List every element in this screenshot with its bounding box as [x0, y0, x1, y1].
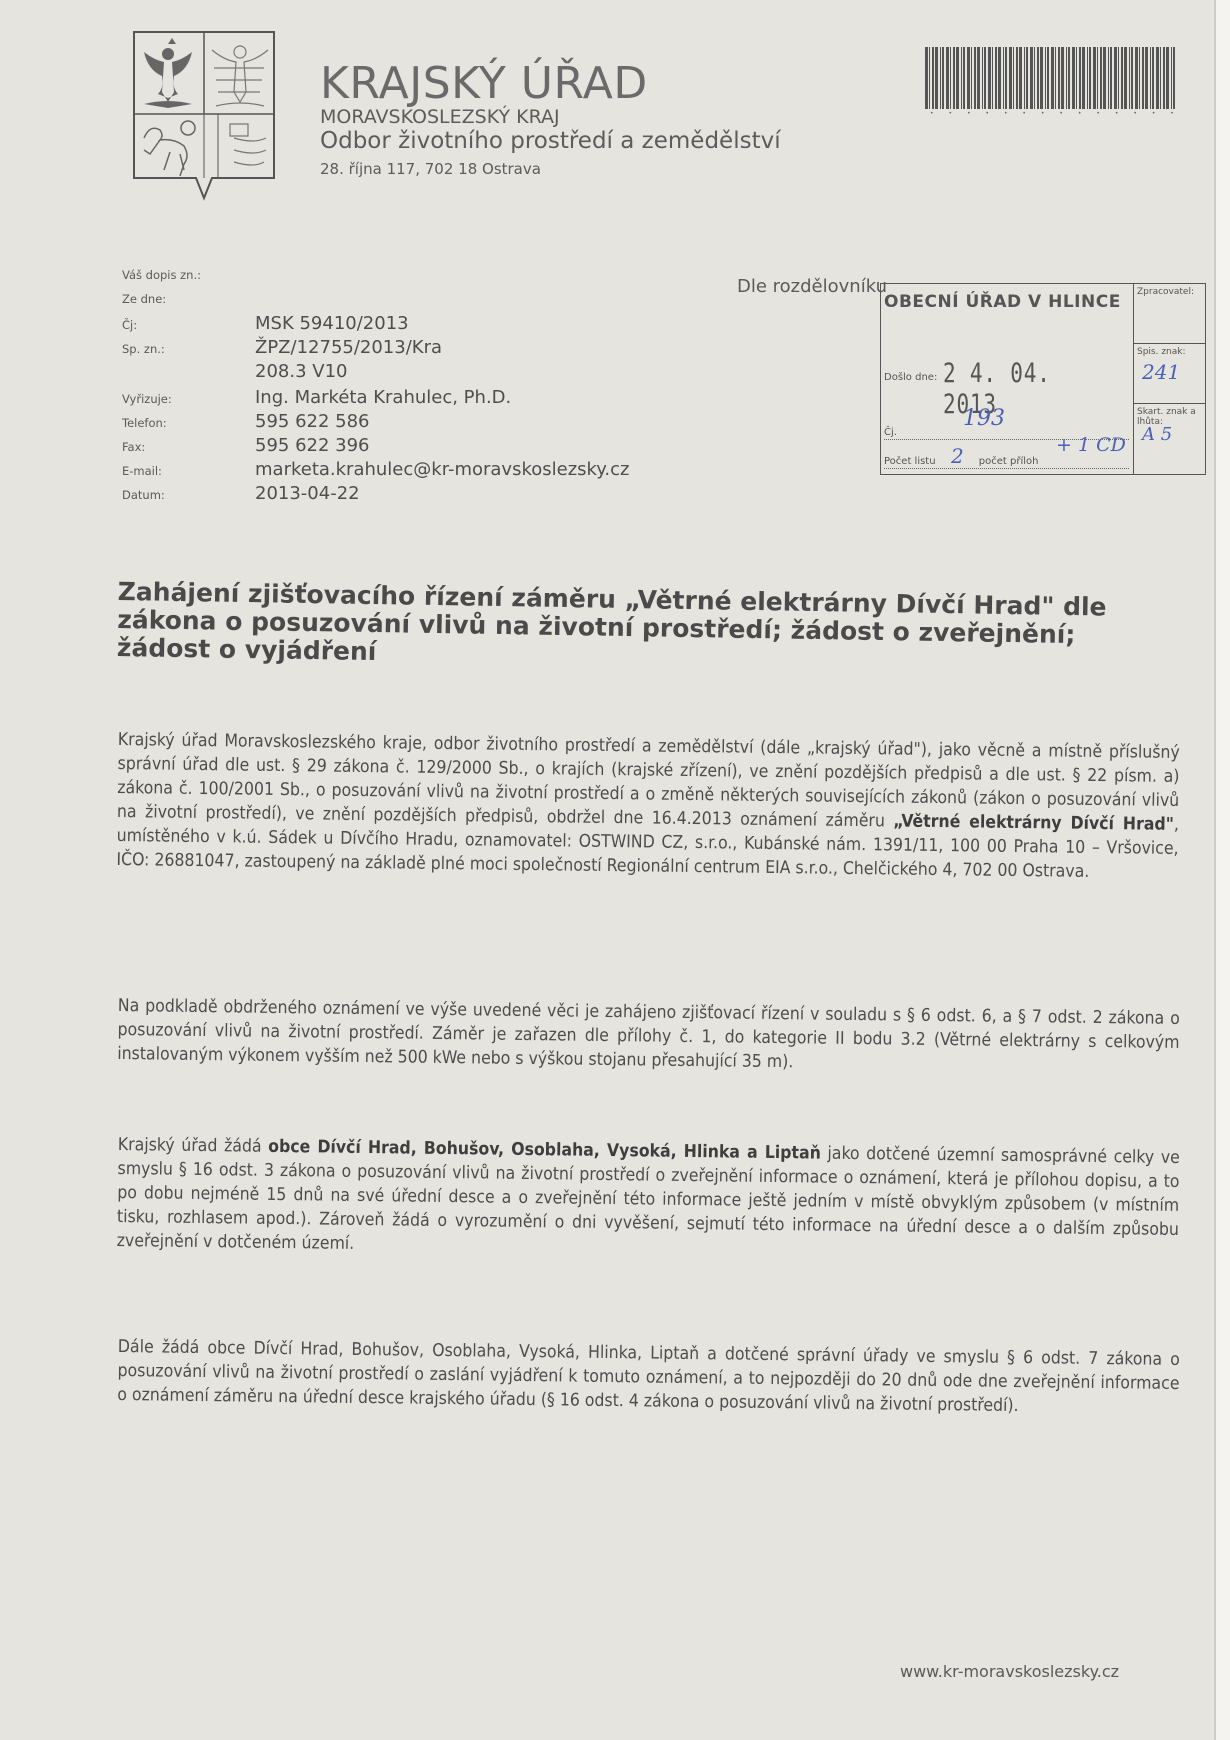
department-name: Odbor životního prostředí a zemědělství	[320, 128, 781, 154]
meta-label: Telefon:	[122, 416, 167, 430]
stamp-count-line: Počet listu počet příloh	[884, 456, 1129, 469]
meta-label: Ze dne:	[122, 292, 166, 306]
meta-label: Vyřizuje:	[122, 392, 172, 406]
meta-label: E-mail:	[122, 464, 162, 478]
file-number: ŽPZ/12755/2013/Kra	[255, 337, 442, 358]
paragraph-3: Krajský úřad žádá obce Dívčí Hrad, Bohuš…	[117, 1133, 1180, 1266]
stamp-received-label: Došlo dne:	[884, 372, 937, 383]
stamp-cj-label: Čj.	[884, 427, 897, 438]
handler-name: Ing. Markéta Krahulec, Ph.D.	[255, 387, 511, 408]
fax-number: 595 622 396	[255, 435, 370, 456]
stamp-shred-cell: Skart. znak a lhůta: A 5	[1134, 404, 1205, 444]
paragraph-4: Dále žádá obce Dívčí Hrad, Bohušov, Osob…	[117, 1335, 1180, 1420]
recipient-line: Dle rozdělovníku	[737, 276, 887, 297]
stamp-file-mark-handwritten: 241	[1142, 360, 1180, 384]
stamp-cj-handwritten: 193	[963, 406, 1005, 431]
footer-website-link[interactable]: www.kr-moravskoslezsky.cz	[900, 1662, 1119, 1681]
paragraph-2: Na podkladě obdrženého oznámení ve výše …	[117, 994, 1180, 1079]
municipalities-list: obce Dívčí Hrad, Bohušov, Osoblaha, Vyso…	[268, 1137, 821, 1164]
paragraph-1: Krajský úřad Moravskoslezského kraje, od…	[116, 728, 1180, 885]
reference-number: MSK 59410/2013	[255, 313, 409, 334]
project-name: „Větrné elektrárny Dívčí Hrad"	[893, 811, 1174, 834]
file-code: 208.3 V10	[255, 361, 347, 382]
authority-title: KRAJSKÝ ÚŘAD	[320, 58, 648, 109]
meta-label: Sp. zn.:	[122, 342, 165, 356]
coat-of-arms-icon	[130, 28, 278, 206]
stamp-office: OBECNÍ ÚŘAD V HLINCE	[884, 292, 1121, 312]
meta-label: Čj:	[122, 318, 137, 332]
received-stamp: OBECNÍ ÚŘAD V HLINCE Došlo dne: 2 4. 04.…	[880, 283, 1206, 475]
document-subject: Zahájení zjišťovacího řízení záměru „Vět…	[117, 578, 1178, 679]
stamp-shred-handwritten: A 5	[1142, 430, 1172, 440]
barcode-icon	[925, 47, 1175, 109]
meta-label: Fax:	[122, 440, 145, 454]
email-address[interactable]: marketa.krahulec@kr-moravskoslezsky.cz	[255, 459, 629, 480]
authority-address: 28. října 117, 702 18 Ostrava	[320, 160, 541, 178]
stamp-attachments-label: počet příloh	[979, 456, 1039, 467]
meta-label: Váš dopis zn.:	[122, 268, 201, 282]
stamp-main: OBECNÍ ÚŘAD V HLINCE Došlo dne: 2 4. 04.…	[881, 284, 1134, 474]
stamp-count-handwritten: 2	[951, 444, 964, 468]
stamp-side: Zpracovatel: Spis. znak: 241 Skart. znak…	[1134, 284, 1205, 474]
stamp-count-label: Počet listu	[884, 456, 936, 467]
barcode-digits: ••••••••••••••	[930, 110, 1174, 117]
page-edge	[1214, 0, 1230, 1740]
document-date: 2013-04-22	[255, 483, 360, 504]
phone-number: 595 622 586	[255, 411, 370, 432]
stamp-file-mark-cell: Spis. znak: 241	[1134, 344, 1205, 404]
stamp-file-mark-label: Spis. znak:	[1137, 347, 1186, 357]
stamp-attachments-handwritten: + 1 CD	[1056, 434, 1126, 456]
region-name: MORAVSKOSLEZSKÝ KRAJ	[320, 106, 560, 128]
stamp-processor-cell: Zpracovatel:	[1134, 284, 1205, 344]
stamp-processor-label: Zpracovatel:	[1137, 287, 1194, 297]
meta-label: Datum:	[122, 488, 165, 502]
paragraph-3-text-a: Krajský úřad žádá	[118, 1135, 269, 1157]
